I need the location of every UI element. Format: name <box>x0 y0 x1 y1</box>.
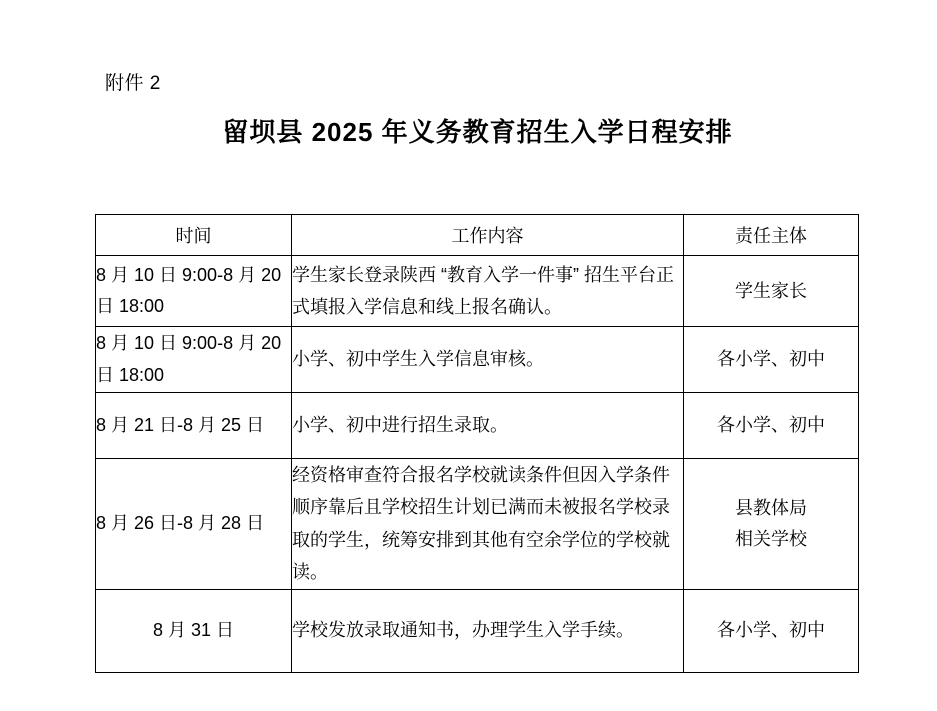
header-responsible: 责任主体 <box>684 215 859 256</box>
table-row: 8 月 10 日 9:00-8 月 20 日 18:00 小学、初中学生入学信息… <box>96 327 859 393</box>
time-cell: 8 月 31 日 <box>96 589 292 672</box>
time-cell: 8 月 21 日-8 月 25 日 <box>96 393 292 459</box>
header-time: 时间 <box>96 215 292 256</box>
responsible-cell: 各小学、初中 <box>684 327 859 393</box>
document-page: 附件 2 留坝县 2025 年义务教育招生入学日程安排 时间 工作内容 责任主体… <box>0 0 937 711</box>
responsible-cell: 县教体局 相关学校 <box>684 459 859 590</box>
page-title: 留坝县 2025 年义务教育招生入学日程安排 <box>0 112 937 149</box>
table-row: 8 月 10 日 9:00-8 月 20 日 18:00 学生家长登录陕西 “教… <box>96 256 859 327</box>
work-content-cell: 学校发放录取通知书，办理学生入学手续。 <box>292 589 684 672</box>
header-work-content: 工作内容 <box>292 215 684 256</box>
time-cell: 8 月 26 日-8 月 28 日 <box>96 459 292 590</box>
table-row: 8 月 26 日-8 月 28 日 经资格审查符合报名学校就读条件但因入学条件顺… <box>96 459 859 590</box>
work-content-cell: 小学、初中学生入学信息审核。 <box>292 327 684 393</box>
work-content-cell: 小学、初中进行招生录取。 <box>292 393 684 459</box>
table-header-row: 时间 工作内容 责任主体 <box>96 215 859 256</box>
time-cell: 8 月 10 日 9:00-8 月 20 日 18:00 <box>96 256 292 327</box>
time-cell: 8 月 10 日 9:00-8 月 20 日 18:00 <box>96 327 292 393</box>
table-row: 8 月 31 日 学校发放录取通知书，办理学生入学手续。 各小学、初中 <box>96 589 859 672</box>
work-content-cell: 学生家长登录陕西 “教育入学一件事” 招生平台正式填报入学信息和线上报名确认。 <box>292 256 684 327</box>
schedule-table: 时间 工作内容 责任主体 8 月 10 日 9:00-8 月 20 日 18:0… <box>95 214 859 673</box>
responsible-cell: 各小学、初中 <box>684 589 859 672</box>
responsible-cell: 学生家长 <box>684 256 859 327</box>
work-content-cell: 经资格审查符合报名学校就读条件但因入学条件顺序靠后且学校招生计划已满而未被报名学… <box>292 459 684 590</box>
responsible-cell: 各小学、初中 <box>684 393 859 459</box>
table-row: 8 月 21 日-8 月 25 日 小学、初中进行招生录取。 各小学、初中 <box>96 393 859 459</box>
attachment-label: 附件 2 <box>105 68 161 95</box>
